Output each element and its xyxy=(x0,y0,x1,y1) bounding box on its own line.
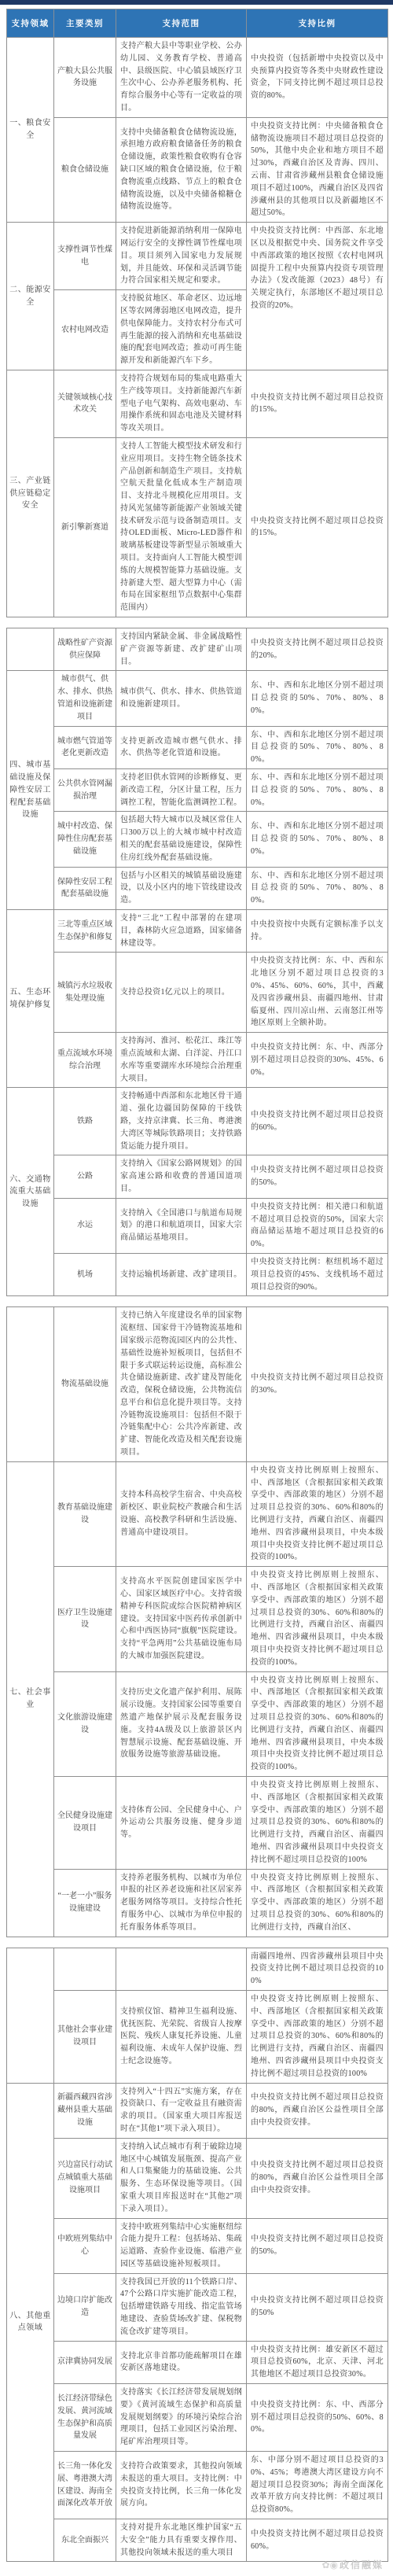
scope-cell: 支持本科高校学生宿舍、中央高校新校区、职业院校产教融合和生活设施、高校教学科研和… xyxy=(116,1461,247,1566)
category-cell: 长江经济带绿色发展、黄河流域生态保护和高质量发展 xyxy=(54,2384,116,2452)
table-row: 六、交通物流重大基础设施 铁路 支持畅通中西部和东北地区骨干通道、强化边疆国防保… xyxy=(7,1088,388,1155)
table-row: 新引擎新赛道 支持人工智能大模型技术研发和行业应用项目。支持生物全链条技术产品创… xyxy=(7,437,388,617)
category-cell: 边境口岸扩能改造 xyxy=(54,2273,116,2341)
ratio-cell: 中央投资支持比例：相关港口和航道不超过项目总投资的50%，国家大宗商品储运基地不… xyxy=(247,1198,388,1253)
ratio-cell: 中央投资支持比例原则上按照东、中、西部地区（含根据国家相关政策享受中、西部政策的… xyxy=(247,1671,388,1776)
header-col-ratio: 支持比例 xyxy=(247,9,388,38)
header-col-scope: 支持范围 xyxy=(116,9,247,38)
section-cell-empty xyxy=(7,1307,54,1462)
table-row: “一老一小”服务设施建设 支持养老服务机构、以城市为单位申报的社区养老设施和社区… xyxy=(7,1869,388,1937)
ratio-cell: 中央投资支持比例不超过项目总投资的60%。 xyxy=(247,1088,388,1155)
ratio-cell: 中央投资支持比例原则上按照东、中、西部地区（含根据国家相关政策享受中、西部政策的… xyxy=(247,1567,388,1671)
table-row: 边境口岸扩能改造 支持我国已开放的11个铁路口岸、47个公路口岸实施扩能改造工程… xyxy=(7,2273,388,2341)
ratio-cell: 中央投资支持比例：中央储备粮食仓储物流设施项目不超过项目总投资的50%，其他中央… xyxy=(247,117,388,222)
category-cell: 水运 xyxy=(54,1198,116,1253)
ratio-cell: 中央投资支持比例：雄安新区不超过项目总投资60%，北京、天津、河北其他地区不超过… xyxy=(247,2341,388,2383)
scope-cell: 支持老旧供水管网的诊断修复、更新改造工程，分区计量工程，压力调控工程，智能化监测… xyxy=(116,769,247,812)
table-row: 长江经济带绿色发展、黄河流域生态保护和高质量发展 支持落实《长江经济带发展规划纲… xyxy=(7,2384,388,2452)
ratio-cell: 中央投资支持比例不超过项目总投资的15%。 xyxy=(247,370,388,437)
table-row: 水运 支持纳入《全国港口与航道布局规划》的港口和航道项目，国家大宗商品储运基地项… xyxy=(7,1198,388,1253)
table-row: 物流基础设施 支持已纳入年度建设名单的国家物流枢纽、国家骨干冷链物流基地和国家级… xyxy=(7,1307,388,1462)
category-cell: 全民健身设施建设项目 xyxy=(54,1777,116,1870)
scope-cell: 支持高水平医院创建国家医学中心、国家区域医疗中心。支持省级精神专科医院或综合医院… xyxy=(116,1567,247,1671)
ratio-cell: 中央投资支持比例不超过项目总投资的50%。 xyxy=(247,2218,388,2273)
category-cell: 战略性矿产资源供应保障 xyxy=(54,628,116,671)
table-row: 其他社会事业建设项目 支持殡仪馆、精神卫生福利设施、优抚医院、光荣院、省级盲人按… xyxy=(7,1990,388,2083)
table-row: 城镇污水垃圾收集处理设施 支持总投资1亿元以上的项目。 中央投资支持比例：东、中… xyxy=(7,953,388,1033)
ratio-cell: 中央投资支持比例不超过项目总投资的50%。 xyxy=(247,1155,388,1198)
section-cell: 七、社会事业 xyxy=(7,1461,54,1937)
scope-cell: 支持中欧班列集结中心实施枢纽综合能力提升工程：包括场站、集疏运道路、查验作业设施… xyxy=(116,2218,247,2273)
scope-cell: 支持纳入试点城市有利于破除边境地区中心城镇发展瓶颈、提高产业和人口集聚能力的基础… xyxy=(116,2138,247,2218)
category-cell: 城中村改造、保障性住房配套基础设施 xyxy=(54,812,116,867)
scope-cell: 支持符合规划布局的集成电路重大生产线等项目。支持新能源汽车新型电子电气架构、高效… xyxy=(116,370,247,437)
category-cell: 文化旅游设施建设 xyxy=(54,1671,116,1776)
ratio-cell: 中央投资支持比例：东、中、西部分别不超过项目总投资的50%、60%、80%。 xyxy=(247,2384,388,2452)
ratio-cell: 中央投资支持比例原则上按照东、中、西部地区（含根据国家相关政策享受中、西部政策的… xyxy=(247,1777,388,1870)
category-cell: 物流基础设施 xyxy=(54,1307,116,1462)
section-cell: 一、粮食安全 xyxy=(7,38,54,223)
table-segment-1: 支持领域 主要类别 支持范围 支持比例 一、粮食安全 产粮大县公共服务设施 支持… xyxy=(6,9,388,617)
table-segment-2: 战略性矿产资源供应保障 支持国内紧缺金属、非金属战略性矿产资源等新建、改扩建矿山… xyxy=(6,628,388,1296)
scope-cell: 支持纳入《全国港口与航道布局规划》的港口和航道项目，国家大宗商品储运基地项目。 xyxy=(116,1198,247,1253)
table-row: 中欧班列集结中心 支持中欧班列集结中心实施枢纽综合能力提升工程：包括场站、集疏运… xyxy=(7,2218,388,2273)
scope-cell: 支持促进新能源消纳利用一保障电网运行安全的支撑性调节性煤电项目。项目须列入国家电… xyxy=(116,223,247,290)
table-row: 南疆四地州、四省涉藏州县项目中央投资支持比例不超过项目总投资的100% xyxy=(7,1948,388,1990)
scope-cell: 支持脱贫地区、革命老区、边远地区等农网薄弱地区电网改造，提升供电保障能力。支持农… xyxy=(116,290,247,370)
category-cell: 城市燃气管道等老化更新改造 xyxy=(54,726,116,768)
ratio-cell: 中央投资支持比例原则上按照东、中、西部地区（含根据国家相关政策享受中、西部政策的… xyxy=(247,1990,388,2083)
category-cell: 中欧班列集结中心 xyxy=(54,2218,116,2273)
section-cell: 三、产业链供应链稳定安全 xyxy=(7,370,54,617)
category-cell: “一老一小”服务设施建设 xyxy=(54,1869,116,1937)
table-row: 京津冀协同发展 支持北京非首都功能疏解项目在雄安新区落地建设。 中央投资支持比例… xyxy=(7,2341,388,2383)
watermark-logo-icon: ✿◉ xyxy=(321,2559,338,2570)
ratio-cell: 东、中、西和东北地区分别不超过项目总投资的50%、70%、80%、80%。 xyxy=(247,812,388,867)
category-cell: 支撑性调节性煤电 xyxy=(54,223,116,290)
scope-cell: 支持我国已开放的11个铁路口岸、47个公路口岸实施扩能改造工程，包括增建铁路专用… xyxy=(116,2273,247,2341)
ratio-cell: 中央投资支持比例：中西部、东北地区以及根据党中央、国务院文件享受中西部政策的地区… xyxy=(247,223,388,370)
category-cell: 保障性安居工程配套基础设施 xyxy=(54,867,116,909)
scope-cell: 支持养老服务机构、以城市为单位申报的社区养老设施和社区居家养老服务网络等项目。支… xyxy=(116,1869,247,1937)
scope-cell: 包括与小区相关的城镇基础设施建设，以及小区内的地下管线建设改造。 xyxy=(116,867,247,909)
scope-cell: 城市供气、供水、排水、供热管道和设施新建项目。 xyxy=(116,671,247,726)
section-cell: 四、城市基础设施及保障性安居工程配套基础设施 xyxy=(7,671,54,910)
category-cell: 新疆西藏四省涉藏州县重大基础设施 xyxy=(54,2083,116,2138)
ratio-cell: 东、中、西和东北地区分别不超过项目总投资的50%、70%、80%、80%。 xyxy=(247,671,388,726)
section-cell: 二、能源安全 xyxy=(7,223,54,370)
category-cell: 公共供水管网漏损治理 xyxy=(54,769,116,812)
ratio-cell: 中央投资（包括新增中央投资以及中央预算内投资等各类中央财政性建设资金，下同支持比… xyxy=(247,38,388,118)
scope-cell: 支持产粮大县中等职业学校、公办幼儿园、义务教育学校、普通高中、县级医院、中心镇县… xyxy=(116,38,247,118)
category-cell: 城镇污水垃圾收集处理设施 xyxy=(54,953,116,1033)
table-row: 公共供水管网漏损治理 支持老旧供水管网的诊断修复、更新改造工程，分区计量工程，压… xyxy=(7,769,388,812)
scope-cell: 支持北京非首都功能疏解项目在雄安新区落地建设。 xyxy=(116,2341,247,2383)
ratio-cell: 东、中、西和东北地区分别不超过项目总投资的50%、70%、80%、80%。 xyxy=(247,726,388,768)
table-row: 医疗卫生设施建设 支持高水平医院创建国家医学中心、国家区域医疗中心。支持省级精神… xyxy=(7,1567,388,1671)
header-col-category: 主要类别 xyxy=(54,9,116,38)
category-cell: 新引擎新赛道 xyxy=(54,437,116,617)
ratio-cell: 东、中、西和东北地区分别不超过项目总投资的50%、70%、80%、80%。 xyxy=(247,769,388,812)
ratio-cell: 中央投资按中央既有定额标准予以支持。 xyxy=(247,910,388,953)
scope-cell: 支持落实《长江经济带发展规划纲要》《黄河流域生态保护和高质量发展规划纲要》的环境… xyxy=(116,2384,247,2452)
scope-cell: 支持运输机场新建、改扩建项目。 xyxy=(116,1253,247,1295)
table-row: 二、能源安全 支撑性调节性煤电 支持促进新能源消纳利用一保障电网运行安全的支撑性… xyxy=(7,223,388,290)
header-col-field: 支持领域 xyxy=(7,9,54,38)
table-row: 城市燃气管道等老化更新改造 支持更新改造城市燃气供水、排水、供热等老化管道和设施… xyxy=(7,726,388,768)
ratio-cell: 中央投资支持比例不超过项目总投资的30%。 xyxy=(247,1307,388,1462)
category-cell: 长三角一体化发展、粤港澳大湾区建设、海南全面深化改革开放 xyxy=(54,2452,116,2519)
category-cell: 铁路 xyxy=(54,1088,116,1155)
ratio-cell: 中央投资支持比例不超过项目总投资的15%。 xyxy=(247,437,388,617)
category-cell-empty xyxy=(54,1948,116,1990)
ratio-cell: 东、中部分别不超过项目总投资的30%、45%；粤港澳大湾区建设方向不超过项目总投… xyxy=(247,2452,388,2519)
category-cell: 京津冀协同发展 xyxy=(54,2341,116,2383)
section-cell: 五、生态环境保护修复 xyxy=(7,910,54,1088)
scope-cell: 支持历史文化遗产保护利用、展陈展示设施。支持国家公园等重要自然遗产地保护展示及配… xyxy=(116,1671,247,1776)
scope-cell: 支持更新改造城市燃气供水、排水、供热等老化管道和设施。 xyxy=(116,726,247,768)
table-row: 七、社会事业 教育基础设施建设 支持本科高校学生宿舍、中央高校新校区、职业院校产… xyxy=(7,1461,388,1566)
table-row: 兴边富民行动试点城镇重大基础设施项目 支持纳入试点城市有利于破除边境地区中心城镇… xyxy=(7,2138,388,2218)
category-cell: 医疗卫生设施建设 xyxy=(54,1567,116,1671)
table-row: 长三角一体化发展、粤港澳大湾区建设、海南全面深化改革开放 支持符合政策要求，其他… xyxy=(7,2452,388,2519)
ratio-cell: 中央投资支持比例不超过项目总投资的50% xyxy=(247,2273,388,2341)
watermark-text: 政信融媒 xyxy=(340,2559,384,2570)
table-row: 五、生态环境保护修复 三北等重点区域生态保护和修复 支持“三北”工程中部署的在建… xyxy=(7,910,388,953)
table-row: 八、其他重点领域 新疆西藏四省涉藏州县重大基础设施 支持列入“十四五”实施方案，… xyxy=(7,2083,388,2138)
scope-cell: 支持对提升东北地区维护国家“五大安全”能力具有重要支撑作用、其他投向领域未报送的… xyxy=(116,2519,247,2562)
scope-cell: 支持已纳入年度建设名单的国家物流枢纽、国家骨干冷链物流基地和国家级示范物流园区内… xyxy=(116,1307,247,1462)
header-row: 支持领域 主要类别 支持范围 支持比例 xyxy=(7,9,388,38)
ratio-cell: 中央投资支持比例不超过项目总投资的80%，西藏自治区公益性项目全部由中央投资安排… xyxy=(247,2083,388,2138)
ratio-cell: 中央投资支持比例不超过项目总投资的20%。 xyxy=(247,628,388,671)
ratio-cell: 东、中、西和东北地区分别不超过项目总投资的50%、70%、80%、80%。 xyxy=(247,867,388,909)
ratio-cell: 中央投资支持比例：东、中、西和东北地区分别不超过项目总投资的30%、45%、60… xyxy=(247,953,388,1033)
category-cell: 三北等重点区域生态保护和修复 xyxy=(54,910,116,953)
table-row: 东北全面振兴 支持对提升东北地区维护国家“五大安全”能力具有重要支撑作用、其他投… xyxy=(7,2519,388,2562)
category-cell: 教育基础设施建设 xyxy=(54,1461,116,1566)
watermark: ✿◉政信融媒 xyxy=(0,2558,384,2571)
scope-cell: 支持列入“十四五”实施方案，存在投资缺口、有一定收益且有融资需求的项目。（国家重… xyxy=(116,2083,247,2138)
category-cell: 重点流域水环境综合治理 xyxy=(54,1033,116,1088)
ratio-cell: 中央投资支持比例：东、中、西部分别不超过项目总投资的30%、45%、60%。 xyxy=(247,1033,388,1088)
table-segment-4: 南疆四地州、四省涉藏州县项目中央投资支持比例不超过项目总投资的100% 其他社会… xyxy=(6,1948,388,2563)
scope-cell: 支持符合政策要求，其他投向领域未报送的重大项目。支持比例：中央投资支持比例，长三… xyxy=(116,2452,247,2519)
scope-cell: 支持体育公园、全民健身中心、户外运动公共服务设施、健身步道等。 xyxy=(116,1777,247,1870)
table-row: 战略性矿产资源供应保障 支持国内紧缺金属、非金属战略性矿产资源等新建、改扩建矿山… xyxy=(7,628,388,671)
ratio-cell: 中央投资支持比例不超过项目总投资的80%，西藏自治区公益性项目全部由中央投资安排… xyxy=(247,2138,388,2218)
scope-cell: 支持“三北”工程中部署的在建项目，森林防火应急道路，国家储备林建设等。 xyxy=(116,910,247,953)
table-row: 粮食仓储设施 支持中央储备粮食仓储物流设施，承担地方政府粮食储备任务的粮食仓储设… xyxy=(7,117,388,222)
table-row: 机场 支持运输机场新建、改扩建项目。 中央投资支持比例：枢纽机场不超过项目总投资… xyxy=(7,1253,388,1295)
category-cell: 城市供气、供水、排水、供热管道和设施新建项目 xyxy=(54,671,116,726)
section-cell: 六、交通物流重大基础设施 xyxy=(7,1088,54,1296)
category-cell: 兴边富民行动试点城镇重大基础设施项目 xyxy=(54,2138,116,2218)
ratio-cell: 中央投资支持比例不超过项目总投资60%。 xyxy=(247,2519,388,2562)
ratio-cell: 中央投资支持比例原则上按照东、中、西部地区（含根据国家相关政策享受中、西部政策的… xyxy=(247,1461,388,1566)
table-row: 全民健身设施建设项目 支持体育公园、全民健身中心、户外运动公共服务设施、健身步道… xyxy=(7,1777,388,1870)
category-cell: 产粮大县公共服务设施 xyxy=(54,38,116,118)
table-row: 一、粮食安全 产粮大县公共服务设施 支持产粮大县中等职业学校、公办幼儿园、义务教… xyxy=(7,38,388,118)
category-cell: 粮食仓储设施 xyxy=(54,117,116,222)
scope-cell: 支持纳入《国家公路网规划》的国家高速公路和收费的普通国道项目。 xyxy=(116,1155,247,1198)
table-row: 城中村改造、保障性住房配套基础设施 包括超大特大城市以及城区常住人口300万以上… xyxy=(7,812,388,867)
category-cell: 其他社会事业建设项目 xyxy=(54,1990,116,2083)
table-row: 三、产业链供应链稳定安全 关键领域核心技术攻关 支持符合规划布局的集成电路重大生… xyxy=(7,370,388,437)
scope-cell: 支持人工智能大模型技术研发和行业应用项目。支持生物全链条技术产品创新和制造生产项… xyxy=(116,437,247,617)
section-cell: 八、其他重点领域 xyxy=(7,2083,54,2562)
category-cell: 公路 xyxy=(54,1155,116,1198)
table-row: 保障性安居工程配套基础设施 包括与小区相关的城镇基础设施建设，以及小区内的地下管… xyxy=(7,867,388,909)
ratio-cell: 南疆四地州、四省涉藏州县项目中央投资支持比例不超过项目总投资的100% xyxy=(247,1948,388,1990)
scope-cell: 支持殡仪馆、精神卫生福利设施、优抚医院、光荣院、省级盲人按摩医院、残疾人康复托养… xyxy=(116,1990,247,2083)
category-cell: 关键领域核心技术攻关 xyxy=(54,370,116,437)
category-cell: 农村电网改造 xyxy=(54,290,116,370)
scope-cell: 支持中央储备粮食仓储物流设施，承担地方政府粮食储备任务的粮食仓储设施，政策性粮食… xyxy=(116,117,247,222)
ratio-cell: 中央投资支持比例：枢纽机场不超过项目总投资的45%、支线机场不超过项目总投资的9… xyxy=(247,1253,388,1295)
table-row: 公路 支持纳入《国家公路网规划》的国家高速公路和收费的普通国道项目。 中央投资支… xyxy=(7,1155,388,1198)
scope-cell: 支持海河、淮河、松花江、珠江等重点流域和太湖、白洋淀、丹江口水库等重要湖库水环境… xyxy=(116,1033,247,1088)
scope-cell: 支持国内紧缺金属、非金属战略性矿产资源等新建、改扩建矿山项目。 xyxy=(116,628,247,671)
top-border-strip xyxy=(0,0,393,5)
scope-cell-empty xyxy=(116,1948,247,1990)
table-row: 重点流域水环境综合治理 支持海河、淮河、松花江、珠江等重点流域和太湖、白洋淀、丹… xyxy=(7,1033,388,1088)
scope-cell: 支持畅通中西部和东北地区骨干通道、强化边疆国防保障的干线铁路，支持京津冀、长三角… xyxy=(116,1088,247,1155)
section-cell-empty xyxy=(7,628,54,671)
table-row: 四、城市基础设施及保障性安居工程配套基础设施 城市供气、供水、排水、供热管道和设… xyxy=(7,671,388,726)
scope-cell: 包括超大特大城市以及城区常住人口300万以上的大城市城中村改造相关的配套基础设施… xyxy=(116,812,247,867)
category-cell: 机场 xyxy=(54,1253,116,1295)
table-segment-3: 物流基础设施 支持已纳入年度建设名单的国家物流枢纽、国家骨干冷链物流基地和国家级… xyxy=(6,1306,388,1937)
category-cell: 东北全面振兴 xyxy=(54,2519,116,2562)
ratio-cell: 中央投资支持比例原则上按照东、中、西部地区（含根据国家相关政策享受中、西部政策的… xyxy=(247,1869,388,1937)
table-row: 文化旅游设施建设 支持历史文化遗产保护利用、展陈展示设施。支持国家公园等重要自然… xyxy=(7,1671,388,1776)
section-cell-empty xyxy=(7,1948,54,2083)
scope-cell: 支持总投资1亿元以上的项目。 xyxy=(116,953,247,1033)
